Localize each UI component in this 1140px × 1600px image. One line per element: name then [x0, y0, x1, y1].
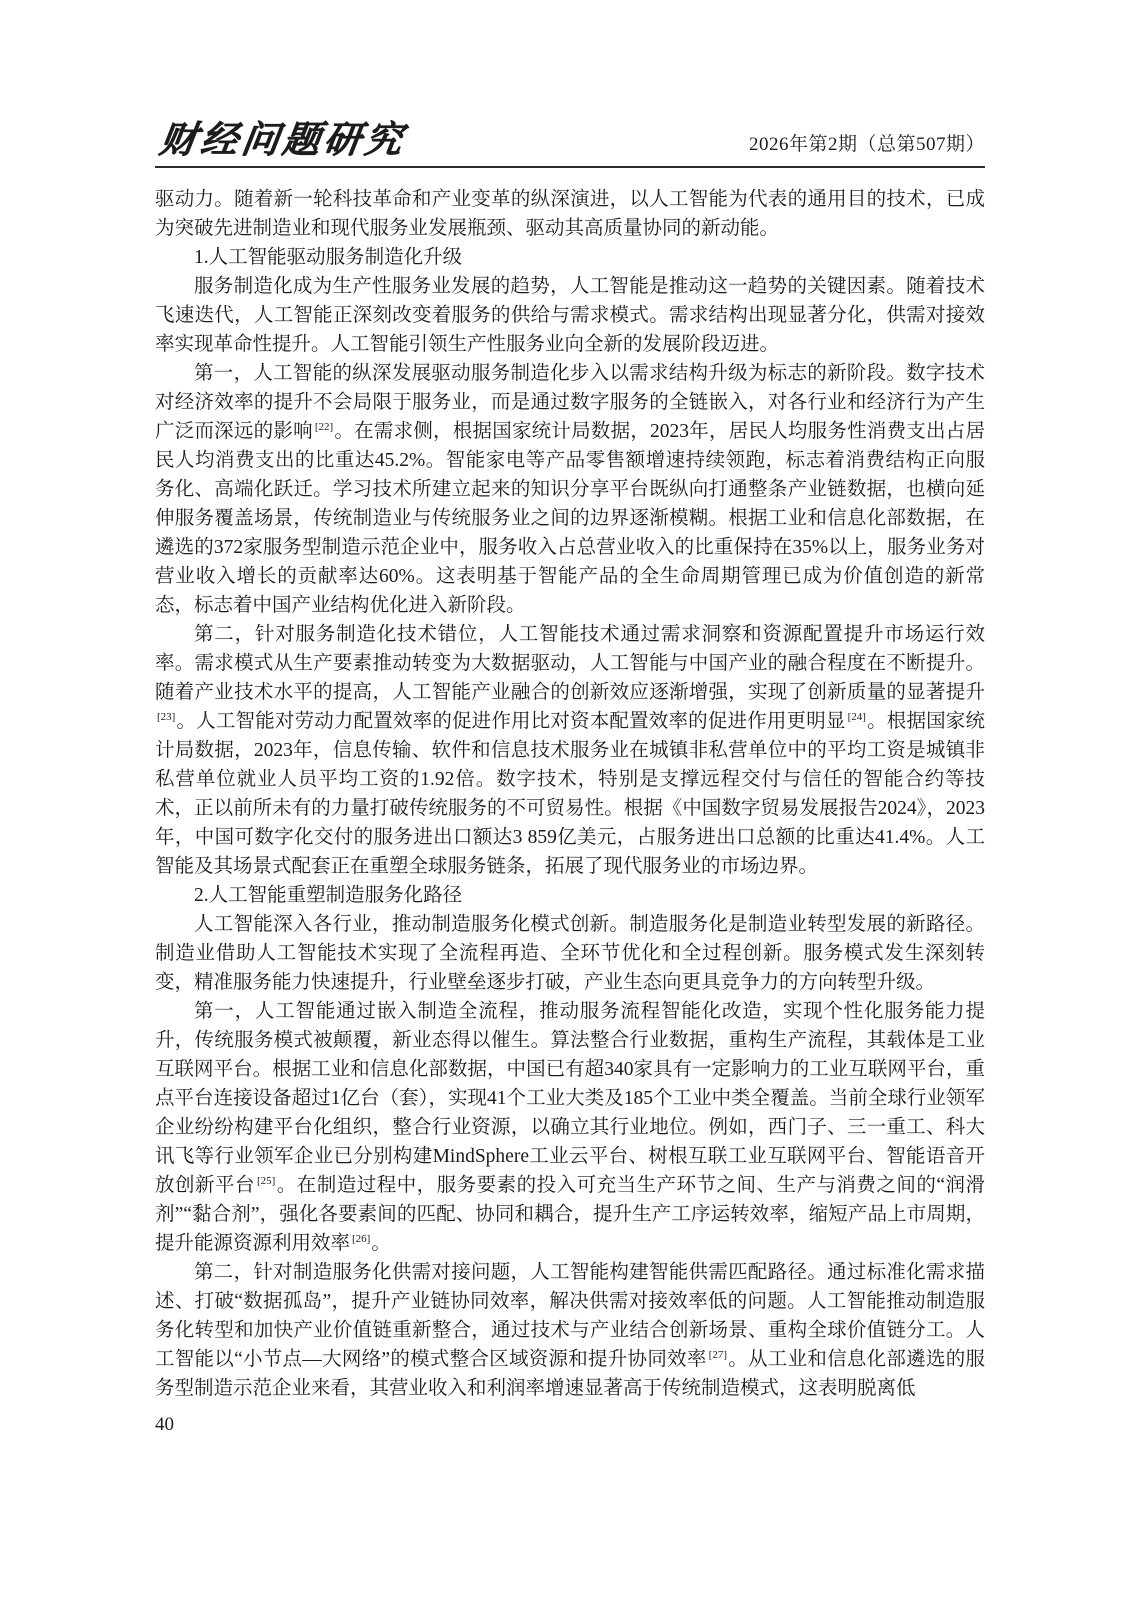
- page-header: 财经问题研究 2026年第2期（总第507期）: [155, 122, 985, 168]
- page-footer: 40: [155, 1414, 985, 1436]
- paragraph: 第二，针对服务制造化技术错位，人工智能技术通过需求洞察和资源配置提升市场运行效率…: [155, 620, 985, 881]
- article-body: 驱动力。随着新一轮科技革命和产业变革的纵深演进，以人工智能为代表的通用目的技术，…: [155, 185, 985, 1403]
- section-heading: 2.人工智能重塑制造服务化路径: [155, 881, 985, 910]
- paragraph: 第二，针对制造服务化供需对接问题，人工智能构建智能供需匹配路径。通过标准化需求描…: [155, 1258, 985, 1403]
- issue-info: 2026年第2期（总第507期）: [749, 134, 985, 159]
- paragraph: 服务制造化成为生产性服务业发展的趋势，人工智能是推动这一趋势的关键因素。随着技术…: [155, 272, 985, 359]
- footnote-ref: [24]: [848, 711, 866, 723]
- paragraph: 第一，人工智能的纵深发展驱动服务制造化步入以需求结构升级为标志的新阶段。数字技术…: [155, 359, 985, 620]
- section-heading: 1.人工智能驱动服务制造化升级: [155, 243, 985, 272]
- paragraph: 驱动力。随着新一轮科技革命和产业变革的纵深演进，以人工智能为代表的通用目的技术，…: [155, 185, 985, 243]
- footnote-ref: [22]: [315, 421, 333, 433]
- footnote-ref: [26]: [352, 1233, 370, 1245]
- page-number: 40: [155, 1414, 985, 1436]
- paragraph: 第一，人工智能通过嵌入制造全流程，推动服务流程智能化改造，实现个性化服务能力提升…: [155, 997, 985, 1258]
- journal-logo: 财经问题研究: [155, 122, 408, 159]
- footnote-ref: [25]: [257, 1175, 275, 1187]
- journal-page: 财经问题研究 2026年第2期（总第507期） 驱动力。随着新一轮科技革命和产业…: [0, 0, 1140, 1600]
- paragraph: 人工智能深入各行业，推动制造服务化模式创新。制造服务化是制造业转型发展的新路径。…: [155, 910, 985, 997]
- footnote-ref: [27]: [709, 1349, 727, 1361]
- footnote-ref: [23]: [157, 711, 175, 723]
